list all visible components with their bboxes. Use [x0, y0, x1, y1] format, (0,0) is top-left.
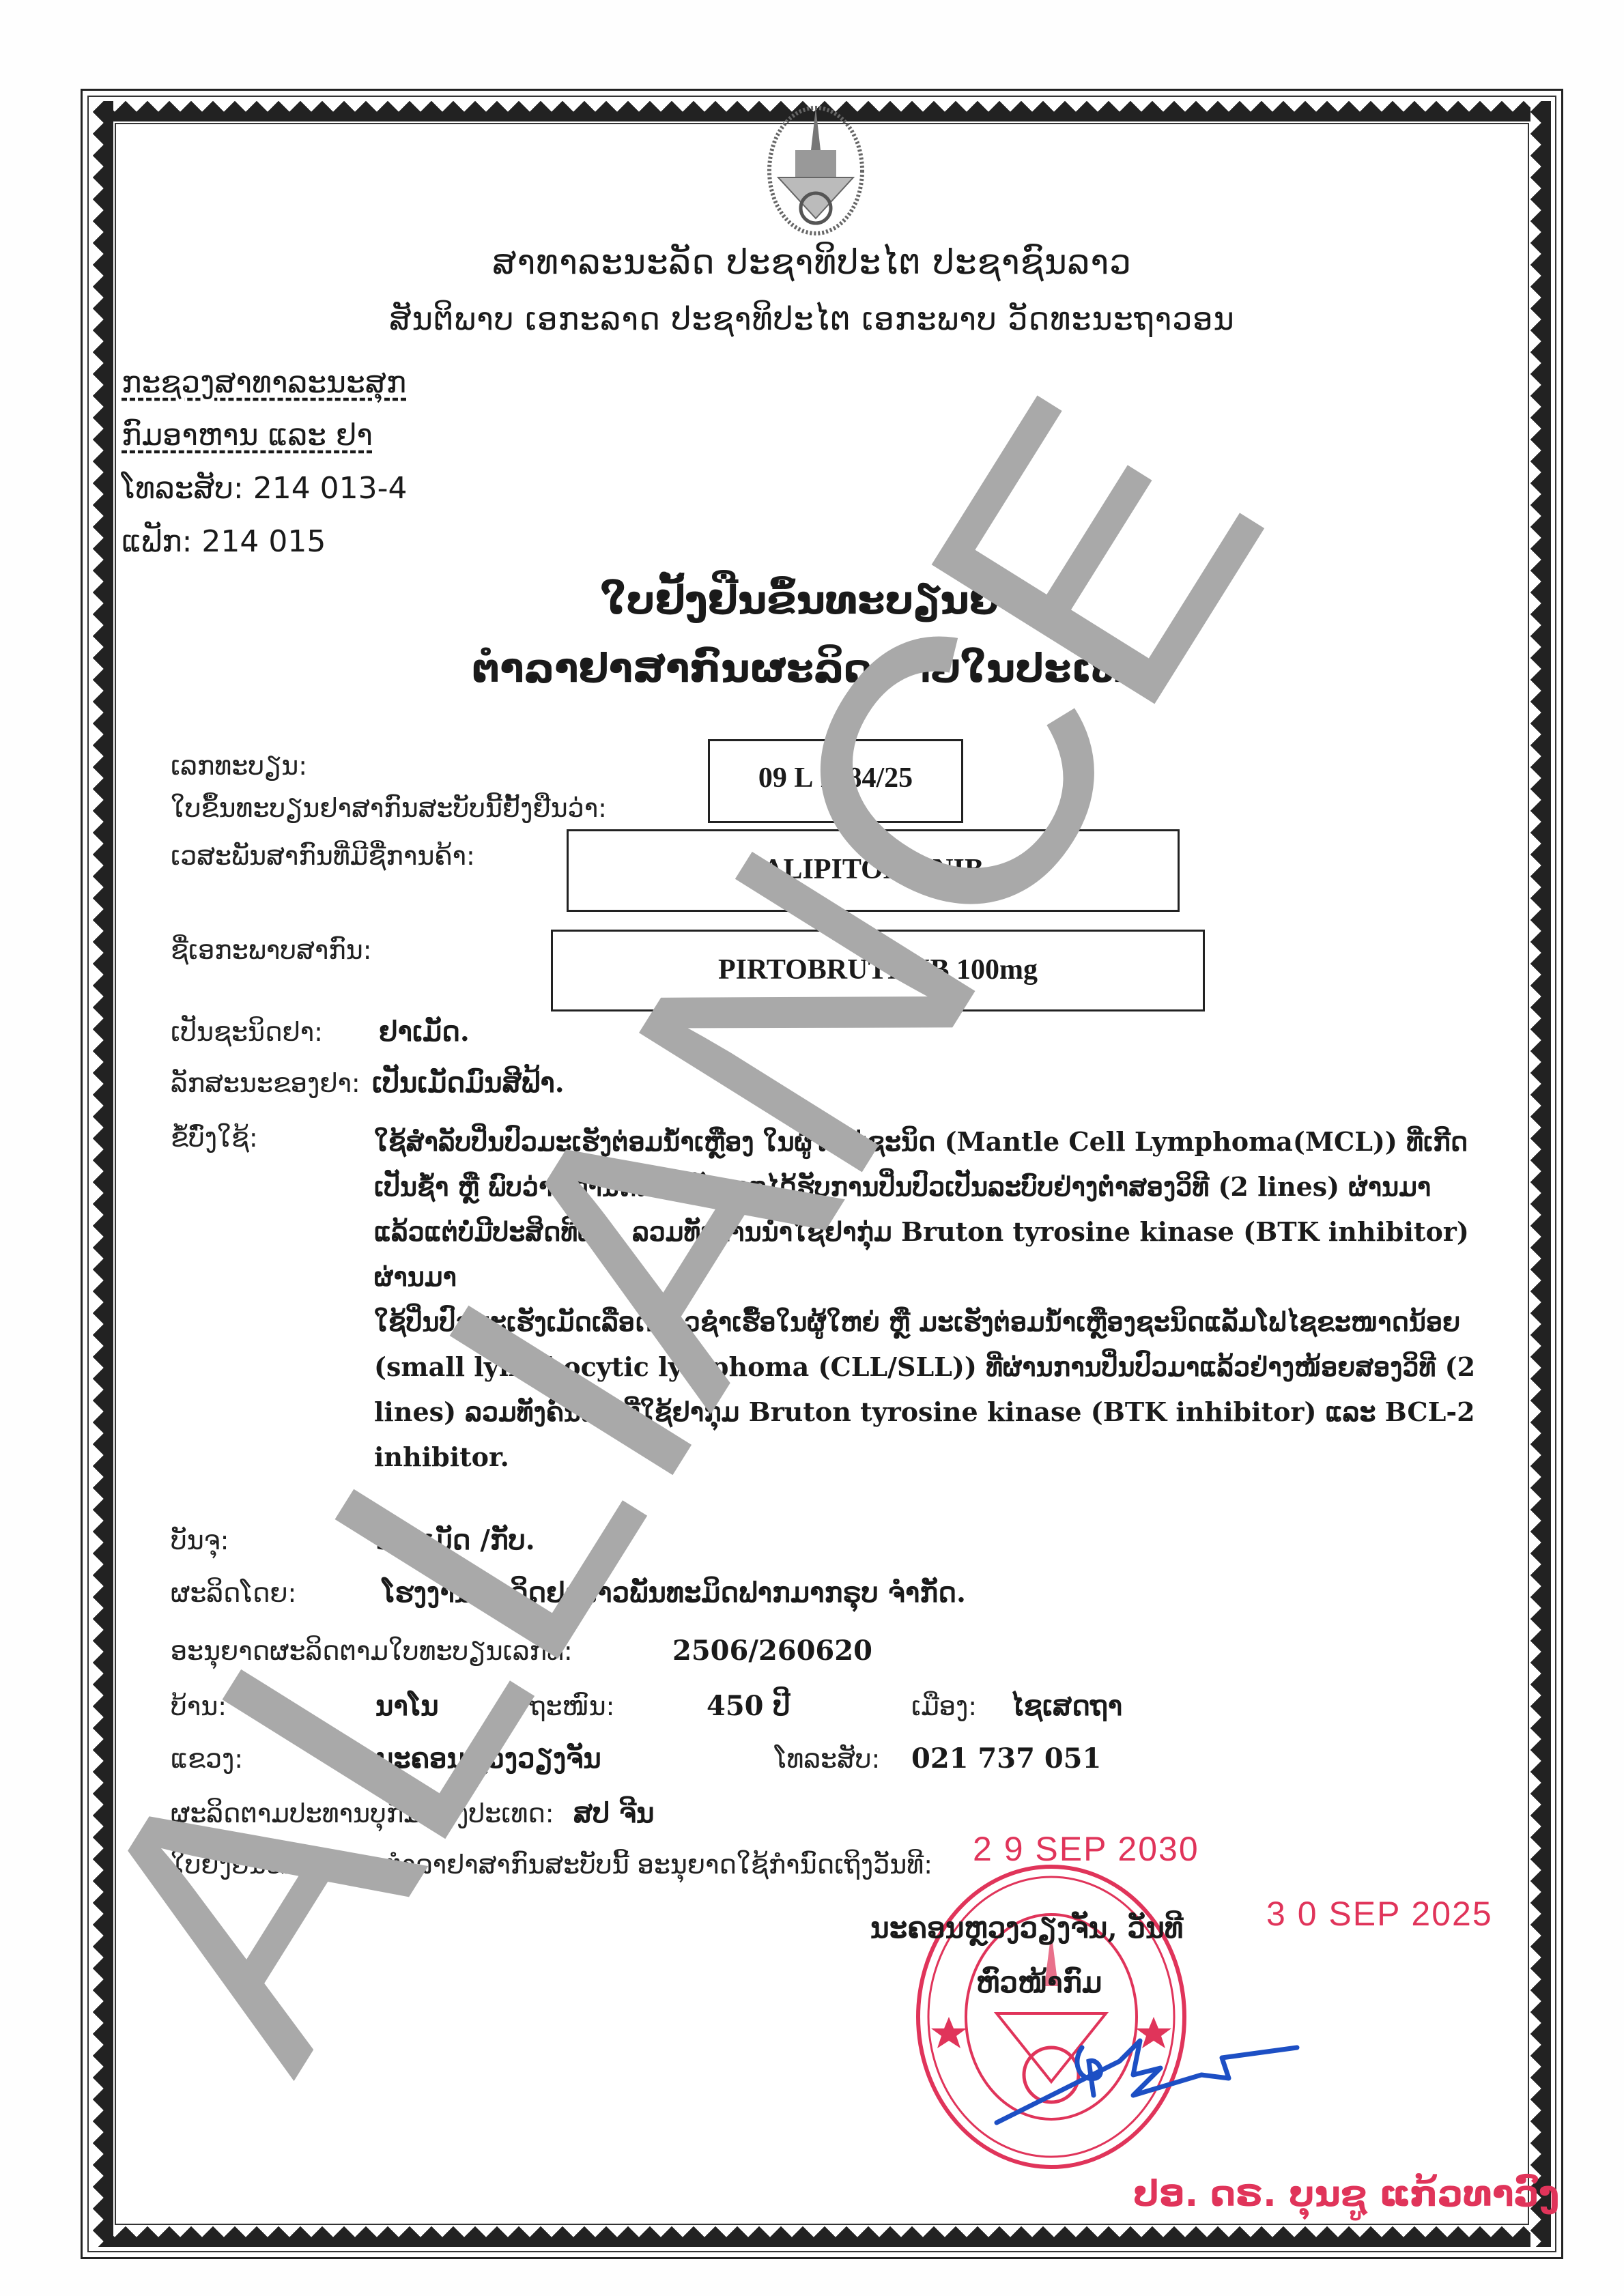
road-value: 450 ປີ [707, 1690, 790, 1722]
ministry-name: ກະຊວງສາທາລະນະສຸກ [122, 365, 406, 400]
province-label: ແຂວງ: [171, 1744, 243, 1774]
signatory-name: ປອ. ດຣ. ບຸນຊູ ແກ້ວທາວົງ [1133, 2174, 1559, 2215]
village-value: ນາໂນ [375, 1690, 439, 1722]
dosage-form-label: ເປັນຊະນິດຢາ: [171, 1017, 323, 1047]
district-value: ໄຊເສດຖາ [1010, 1690, 1122, 1722]
indication-text: ໃຊ້ສຳລັບປິ່ນປົວມະເຮັງຕ່ອມນ້ຳເຫຼືອງ ໃນຜູ້… [374, 1119, 1507, 1480]
license-label: ອະນຸຍາດຜະລິດຕາມໃບທະບຽນເລກທີ: [171, 1636, 573, 1666]
province-value: ນະຄອນຫຼວງວຽງຈັນ [375, 1742, 601, 1775]
appearance-value: ເປັນເມັດມົນສີຟ້າ. [372, 1067, 565, 1099]
national-motto-line: ສັນຕິພາບ ເອກະລາດ ປະຊາທິປະໄຕ ເອກະພາບ ວັດທ… [0, 300, 1624, 337]
ministry-fax: ແຟັກ: 214 015 [122, 524, 326, 559]
tel-label: ໂທລະສັບ: [775, 1744, 880, 1774]
manufacturer-label: ຜະລິດໂດຍ: [171, 1578, 296, 1608]
trade-name-label: ເວສະພັນສາກົນທີ່ມີຊື່ການຄ້າ: [171, 841, 475, 871]
issue-date-stamp: 3 0 SEP 2025 [1266, 1894, 1493, 1934]
indication-paragraph-cll: ໃຊ້ປິ່ນປົວມະເຮັງເມັດເລືອດຂາວຊຳເຮື້ອໃນຜູ້… [374, 1300, 1507, 1480]
country-name-line: ສາທາລະນະລັດ ປະຊາທິປະໄຕ ປະຊາຊົນລາວ [0, 242, 1624, 282]
signatory-title: ຫົວໜ້າກົມ [976, 1966, 1102, 1999]
tel-value: 021 737 051 [911, 1742, 1101, 1775]
certify-label: ໃບຂຶ້ນທະບຽນຢາສາກົນສະບັບນີ້ຢັ້ງຢືນວ່າ: [171, 793, 607, 823]
packaging-value: 30 ເມັດ /ກັບ. [375, 1524, 535, 1556]
road-label: ຖະໜົນ: [529, 1691, 614, 1721]
manufacturer-value: ໂຮງງານຜະລິດຢາລາວພັນທະມິດຟາກມາກຣຸບ ຈຳກັດ. [382, 1577, 966, 1609]
indication-label: ຂໍ້ບົ່ງໃຊ້: [171, 1123, 258, 1153]
department-name: ກົມອາຫານ ແລະ ຢາ [122, 418, 373, 453]
formula-country-value: ສປ ຈີນ [573, 1797, 655, 1829]
district-label: ເມືອງ: [911, 1691, 977, 1721]
generic-name-value: PIRTOBRUTINIB 100mg [718, 953, 1038, 986]
document-subtitle: ຕຳລາຢາສາກົນຜະລິດພາຍໃນປະເທດ [0, 645, 1624, 691]
lao-national-emblem-icon [765, 102, 867, 235]
registration-number-box: 09 L 1384/25 [708, 739, 963, 823]
certificate-page: ສາທາລະນະລັດ ປະຊາທິປະໄຕ ປະຊາຊົນລາວ ສັນຕິພ… [0, 0, 1624, 2296]
place-date-label: ນະຄອນຫຼວງວຽງຈັນ, ວັນທີ [870, 1911, 1183, 1945]
license-value: 2506/260620 [672, 1635, 872, 1667]
registration-number-value: 09 L 1384/25 [758, 762, 913, 794]
blue-ink-signature-icon [915, 2020, 1324, 2136]
frame-pattern-right [1530, 101, 1551, 2247]
indication-paragraph-mcl: ໃຊ້ສຳລັບປິ່ນປົວມະເຮັງຕ່ອມນ້ຳເຫຼືອງ ໃນຜູ້… [374, 1119, 1507, 1300]
frame-pattern-bottom [93, 2226, 1551, 2247]
frame-pattern-left [93, 101, 113, 2247]
validity-label: ໃບຢັ້ງຢືນຂຶ້ນທະບຽນຕຳລາຢາສາກົນສະບັບນີ້ ອະ… [171, 1850, 932, 1880]
ministry-phone: ໂທລະສັບ: 214 013-4 [122, 471, 408, 506]
trade-name-value: ALIPITOBTINIB [763, 853, 984, 886]
packaging-label: ບັນຈຸ: [171, 1525, 229, 1555]
dosage-form-value: ຢາເມັດ. [379, 1016, 470, 1048]
document-title: ໃບຢັ້ງຢືນຂຶ້ນທະບຽນຢາ [0, 577, 1624, 623]
trade-name-box: ALIPITOBTINIB [567, 829, 1180, 912]
registration-number-label: ເລກທະບຽນ: [171, 751, 307, 781]
appearance-label: ລັກສະນະຂອງຢາ: [171, 1068, 360, 1098]
village-label: ບ້ານ: [171, 1691, 227, 1721]
generic-name-box: PIRTOBRUTINIB 100mg [551, 930, 1205, 1011]
formula-country-label: ຜະລິດຕາມປະທານບຸກົມຂອງປະເທດ: [171, 1798, 554, 1828]
generic-name-label: ຊື່ເອກະພາບສາກົນ: [171, 935, 372, 965]
